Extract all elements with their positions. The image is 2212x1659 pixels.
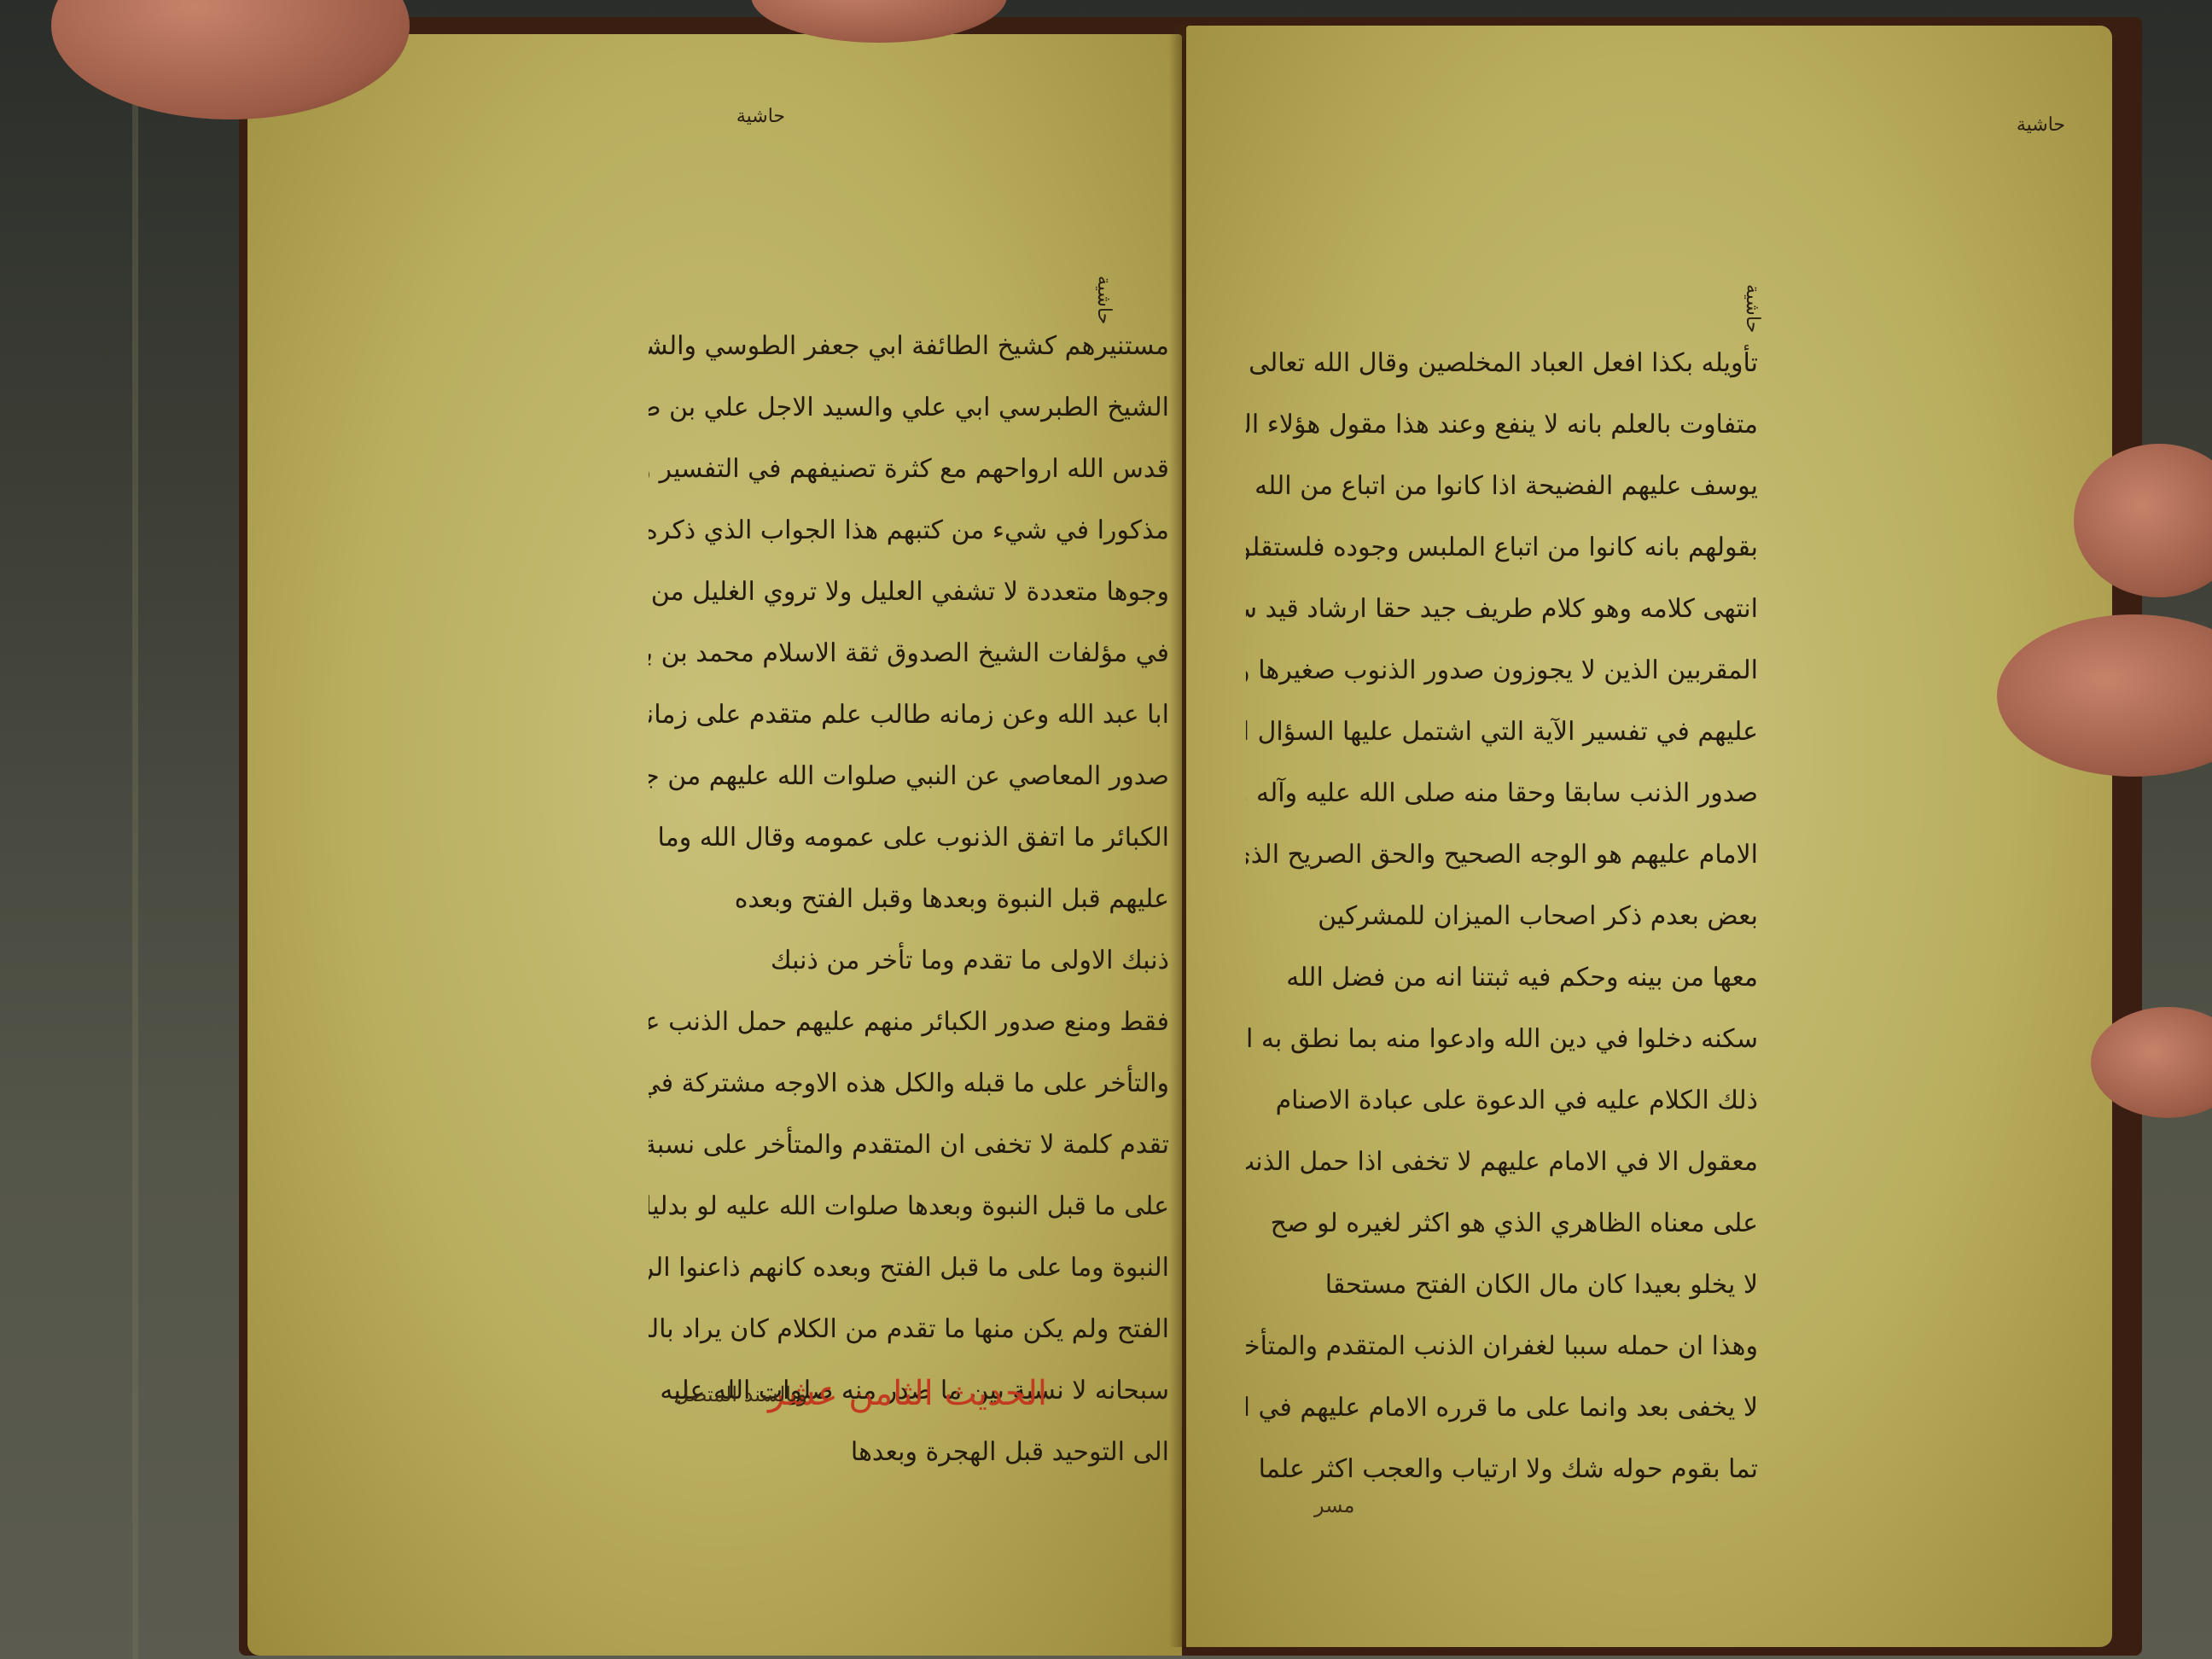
text-line: لا يخلو بعيدا كان مال الكان الفتح مستحقا	[1246, 1254, 1758, 1316]
text-line: عليهم في تفسير الآية التي اشتمل عليها ال…	[1246, 701, 1758, 763]
left-top-marginalia: حاشية	[760, 85, 1118, 324]
rubric-heading: الحديث الثامن عشر	[768, 1374, 1047, 1413]
text-line: المقربين الذين لا يجوزون صدور الذنوب صغي…	[1246, 640, 1758, 701]
text-line: معها من بينه وحكم فيه ثبتنا انه من فضل ا…	[1246, 947, 1758, 1009]
text-line: تأويله بكذا افعل العباد المخلصين وقال ال…	[1246, 333, 1758, 394]
text-line: تقدم كلمة لا تخفى ان المتقدم والمتأخر عل…	[649, 1115, 1169, 1176]
text-line: تما بقوم حوله شك ولا ارتياب والعجب اكثر …	[1246, 1439, 1758, 1500]
right-side-marginalia: حاشية	[1741, 111, 2065, 1391]
text-line: الفتح ولم يكن منها ما تقدم من الكلام كان…	[649, 1299, 1169, 1360]
right-main-text: تأويله بكذا افعل العباد المخلصين وقال ال…	[1246, 333, 1758, 1500]
left-page: حاشية حاشية مستنيرهم كشيخ الطائفة ابي جع…	[247, 34, 1182, 1656]
text-line: لا يخفى بعد وانما على ما قرره الامام علي…	[1246, 1377, 1758, 1439]
text-line: عليهم قبل النبوة وبعدها وقبل الفتح وبعده	[649, 869, 1169, 930]
text-line: الكبائر ما اتفق الذنوب على عمومه وقال ال…	[649, 807, 1169, 869]
text-line: الى التوحيد قبل الهجرة وبعدها	[649, 1422, 1169, 1483]
text-line: صدور الذنب سابقا وحقا منه صلى الله عليه …	[1246, 763, 1758, 824]
text-line: متفاوت بالعلم بانه لا ينفع وعند هذا مقول…	[1246, 394, 1758, 456]
text-line: قدس الله ارواحهم مع كثرة تصنيفهم في التف…	[649, 439, 1169, 500]
text-line: ذنبك الاولى ما تقدم وما تأخر من ذنبك	[649, 930, 1169, 992]
text-line: بقولهم بانه كانوا من اتباع الملبس وجوده …	[1246, 517, 1758, 579]
catchword: مسر	[1314, 1493, 1355, 1517]
right-page: حاشية حاشية تأويله بكذا افعل العباد المخ…	[1186, 26, 2112, 1647]
text-line: صدور المعاصي عن النبي صلوات الله عليهم م…	[649, 746, 1169, 807]
text-line: النبوة وما على ما قبل الفتح وبعده كانهم …	[649, 1237, 1169, 1299]
text-line: في مؤلفات الشيخ الصدوق ثقة الاسلام محمد …	[649, 623, 1169, 684]
text-line: والتأخر على ما قبله والكل هذه الاوجه مشت…	[649, 1053, 1169, 1115]
text-line: الامام عليهم هو الوجه الصحيح والحق الصري…	[1246, 824, 1758, 886]
text-line: سكنه دخلوا في دين الله وادعوا منه بما نط…	[1246, 1009, 1758, 1070]
right-top-marginalia: حاشية	[1340, 60, 1767, 333]
text-line: يوسف عليهم الفضيحة اذا كانوا من اتباع من…	[1246, 456, 1758, 517]
text-line: ابا عبد الله وعن زمانه طالب علم متقدم عل…	[649, 684, 1169, 746]
text-line: معقول الا في الامام عليهم لا تخفى اذا حم…	[1246, 1132, 1758, 1193]
text-line: وهذا ان حمله سببا لغفران الذنب المتقدم و…	[1246, 1316, 1758, 1377]
text-line: انتهى كلامه وهو كلام طريف جيد حقا ارشاد …	[1246, 579, 1758, 640]
text-line: فقط ومنع صدور الكبائر منهم عليهم حمل الذ…	[649, 992, 1169, 1053]
text-line: مستنيرهم كشيخ الطائفة ابي جعفر الطوسي وا…	[649, 316, 1169, 377]
text-line: بعض بعدم ذكر اصحاب الميزان للمشركين	[1246, 886, 1758, 947]
text-line: وجوها متعددة لا تشفي العليل ولا تروي الغ…	[649, 562, 1169, 623]
text-line: على ما قبل النبوة وبعدها صلوات الله عليه…	[649, 1176, 1169, 1237]
catchword: وبالسند المتصل	[674, 1382, 807, 1406]
text-line: ذلك الكلام عليه في الدعوة على عبادة الاص…	[1246, 1070, 1758, 1132]
text-line: مذكورا في شيء من كتبهم هذا الجواب الذي ذ…	[649, 500, 1169, 562]
text-line: على معناه الظاهري الذي هو اكثر لغيره لو …	[1246, 1193, 1758, 1254]
text-line: الشيخ الطبرسي ابي علي والسيد الاجل علي ب…	[649, 377, 1169, 439]
left-main-text: مستنيرهم كشيخ الطائفة ابي جعفر الطوسي وا…	[649, 316, 1169, 1483]
